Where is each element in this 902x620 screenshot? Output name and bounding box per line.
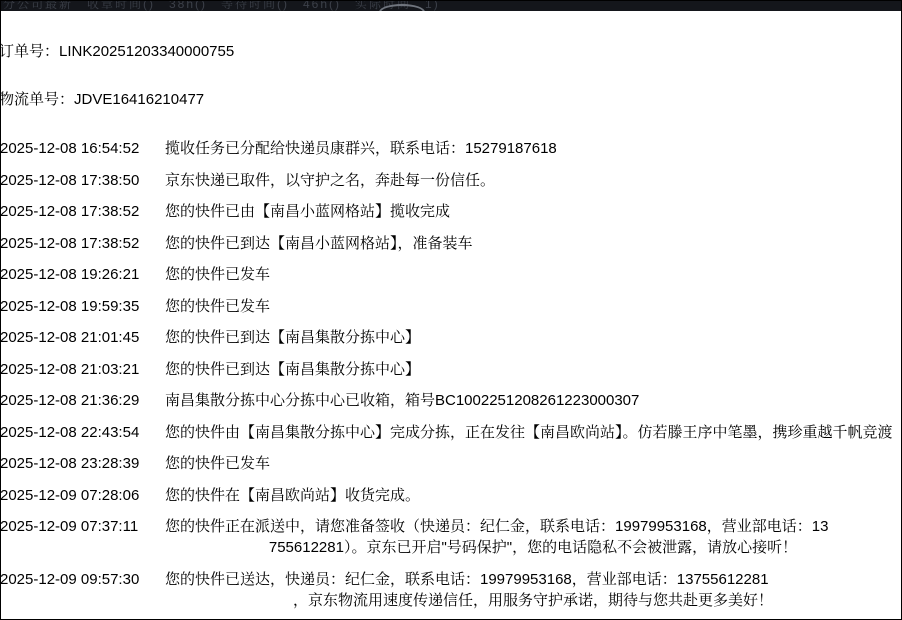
status-message-line: 您的快件在【南昌欧尚站】收货完成。 [165,485,901,506]
timeline-row: 2025-12-08 23:28:39 您的快件已发车 [1,453,901,474]
status-message: 您的快件已由【南昌小蓝网格站】揽收完成 [165,201,901,222]
order-number-value: LINK20251203340000755 [59,43,234,60]
timestamp: 2025-12-08 21:36:29 [0,390,165,411]
tracking-content: 订单号：LINK20251203340000755 物流单号：JDVE16416… [1,11,901,611]
timestamp: 2025-12-09 07:37:11 [0,516,165,537]
timeline-row: 2025-12-08 22:43:54 您的快件由【南昌集散分拣中心】完成分拣，… [1,422,901,443]
status-message: 京东快递已取件，以守护之名，奔赴每一份信任。 [165,170,901,191]
status-message: 您的快件在【南昌欧尚站】收货完成。 [165,485,901,506]
status-message-line: 您的快件已到达【南昌集散分拣中心】 [165,327,901,348]
status-message: 您的快件已发车 [165,453,901,474]
status-message-line: 您的快件已到达【南昌集散分拣中心】 [165,359,901,380]
status-message: 您的快件已发车 [165,264,901,285]
timestamp: 2025-12-09 07:28:06 [0,485,165,506]
status-message: 您的快件正在派送中，请您准备签收（快递员：纪仁金，联系电话：1997995316… [165,516,901,558]
waybill-number-label: 物流单号： [0,91,74,108]
timeline-row: 2025-12-09 09:57:30 您的快件已送达，快递员：纪仁金，联系电话… [1,569,901,611]
timestamp: 2025-12-08 21:01:45 [0,327,165,348]
status-message: 您的快件由【南昌集散分拣中心】完成分拣，正在发往【南昌欧尚站】。仿若滕王序中笔墨… [165,422,901,443]
status-message-line: 您的快件已发车 [165,264,901,285]
timeline-row: 2025-12-08 19:59:35 您的快件已发车 [1,296,901,317]
order-number-label: 订单号： [0,43,59,60]
status-message-line: 您的快件已由【南昌小蓝网格站】揽收完成 [165,201,901,222]
page-frame: 分公司最新 收章时间() 38h() 等待时间() 46h() 实际时间 1) … [0,0,902,620]
timeline-row: 2025-12-08 21:36:29 南昌集散分拣中心分拣中心已收箱，箱号BC… [1,390,901,411]
status-message-line: 您的快件由【南昌集散分拣中心】完成分拣，正在发往【南昌欧尚站】。仿若滕王序中笔墨… [165,422,901,443]
top-nav-text: 分公司最新 收章时间() 38h() 等待时间() 46h() 实际时间 1) [3,1,440,11]
waybill-number-line: 物流单号：JDVE16416210477 [0,59,901,107]
timestamp: 2025-12-08 23:28:39 [0,453,165,474]
timestamp: 2025-12-08 22:43:54 [0,422,165,443]
status-message-line: 南昌集散分拣中心分拣中心已收箱，箱号BC10022512082612230003… [165,390,901,411]
status-message: 您的快件已送达，快递员：纪仁金，联系电话：19979953168，营业部电话：1… [165,569,901,611]
timestamp: 2025-12-08 16:54:52 [0,138,165,159]
status-message: 您的快件已到达【南昌集散分拣中心】 [165,327,901,348]
status-message-line: 您的快件已到达【南昌小蓝网格站】，准备装车 [165,233,901,254]
timeline-row: 2025-12-08 17:38:52 您的快件已到达【南昌小蓝网格站】，准备装… [1,233,901,254]
timestamp: 2025-12-08 19:59:35 [0,296,165,317]
status-message-line: ，京东物流用速度传递信任，用服务守护承诺，期待与您共赴更多美好！ [165,590,901,611]
timeline-row: 2025-12-08 21:01:45 您的快件已到达【南昌集散分拣中心】 [1,327,901,348]
status-message-line: 您的快件已发车 [165,453,901,474]
status-message: 您的快件已到达【南昌小蓝网格站】，准备装车 [165,233,901,254]
timeline-row: 2025-12-09 07:37:11 您的快件正在派送中，请您准备签收（快递员… [1,516,901,558]
top-nav-bar: 分公司最新 收章时间() 38h() 等待时间() 46h() 实际时间 1) [1,1,901,11]
timestamp: 2025-12-09 09:57:30 [0,569,165,590]
timeline-row: 2025-12-08 17:38:50 京东快递已取件，以守护之名，奔赴每一份信… [1,170,901,191]
timestamp: 2025-12-08 19:26:21 [0,264,165,285]
order-number-line: 订单号：LINK20251203340000755 [0,11,901,59]
status-message-line: 755612281）。京东已开启"号码保护"，您的电话隐私不会被泄露，请放心接听… [165,537,901,558]
timeline-row: 2025-12-08 19:26:21 您的快件已发车 [1,264,901,285]
timestamp: 2025-12-08 17:38:52 [0,233,165,254]
status-message-line: 您的快件已送达，快递员：纪仁金，联系电话：19979953168，营业部电话：1… [165,569,901,590]
status-message: 南昌集散分拣中心分拣中心已收箱，箱号BC10022512082612230003… [165,390,901,411]
timestamp: 2025-12-08 17:38:52 [0,201,165,222]
status-message: 您的快件已发车 [165,296,901,317]
timeline-row: 2025-12-09 07:28:06 您的快件在【南昌欧尚站】收货完成。 [1,485,901,506]
timestamp: 2025-12-08 17:38:50 [0,170,165,191]
timeline-row: 2025-12-08 16:54:52 揽收任务已分配给快递员康群兴，联系电话：… [1,138,901,159]
status-message: 您的快件已到达【南昌集散分拣中心】 [165,359,901,380]
timeline-row: 2025-12-08 21:03:21 您的快件已到达【南昌集散分拣中心】 [1,359,901,380]
timeline: 2025-12-08 16:54:52 揽收任务已分配给快递员康群兴，联系电话：… [1,138,901,611]
status-message-line: 京东快递已取件，以守护之名，奔赴每一份信任。 [165,170,901,191]
status-message-line: 您的快件已发车 [165,296,901,317]
status-message-line: 您的快件正在派送中，请您准备签收（快递员：纪仁金，联系电话：1997995316… [165,516,901,537]
status-message-line: 揽收任务已分配给快递员康群兴，联系电话：15279187618 [165,138,901,159]
status-message: 揽收任务已分配给快递员康群兴，联系电话：15279187618 [165,138,901,159]
timestamp: 2025-12-08 21:03:21 [0,359,165,380]
timeline-row: 2025-12-08 17:38:52 您的快件已由【南昌小蓝网格站】揽收完成 [1,201,901,222]
waybill-number-value: JDVE16416210477 [74,91,204,108]
